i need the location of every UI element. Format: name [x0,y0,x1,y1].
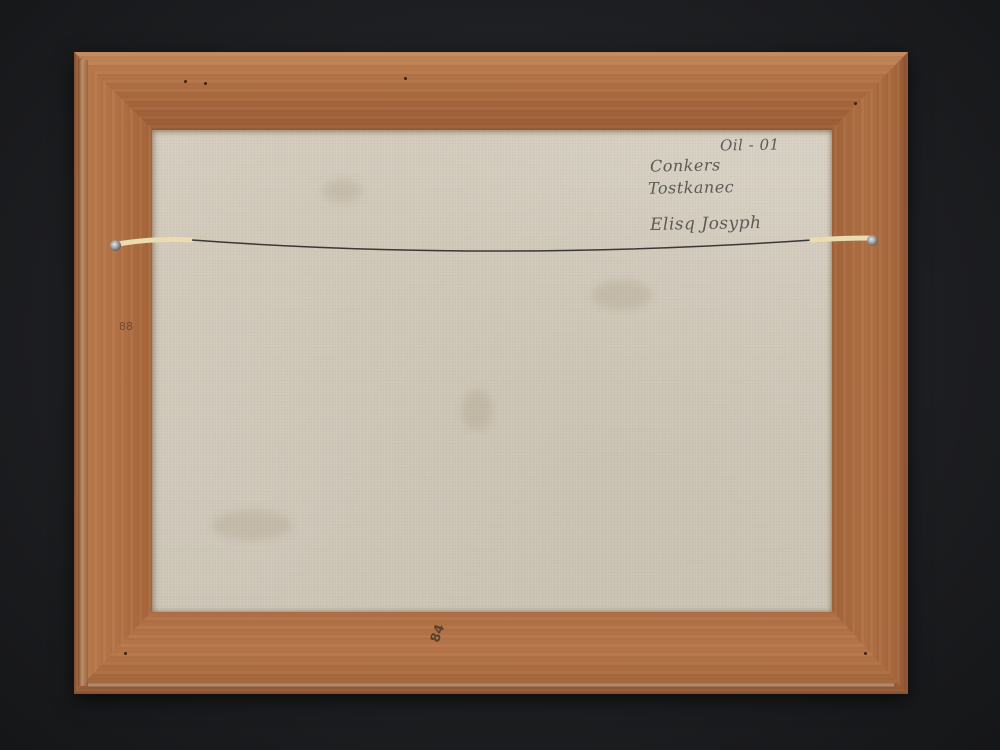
inscription-title-line2: Tostkanec [648,177,734,198]
screw-eye-right [867,235,878,246]
canvas-back: Oil - 01 Conkers Tostkanec Elisq Josyph [152,130,832,612]
picture-frame: Oil - 01 Conkers Tostkanec Elisq Josyph … [74,52,908,694]
frame-right-rail [832,52,908,694]
frame-left-mark: 88 [119,320,133,333]
screw-eye-left [110,240,121,251]
frame-top-rail [74,52,908,130]
inscription-medium: Oil - 01 [720,135,780,154]
frame-bottom-edge [88,682,894,688]
inscription-title-line1: Conkers [650,155,721,175]
hanging-wire [112,220,872,260]
frame-left-edge [78,60,88,686]
